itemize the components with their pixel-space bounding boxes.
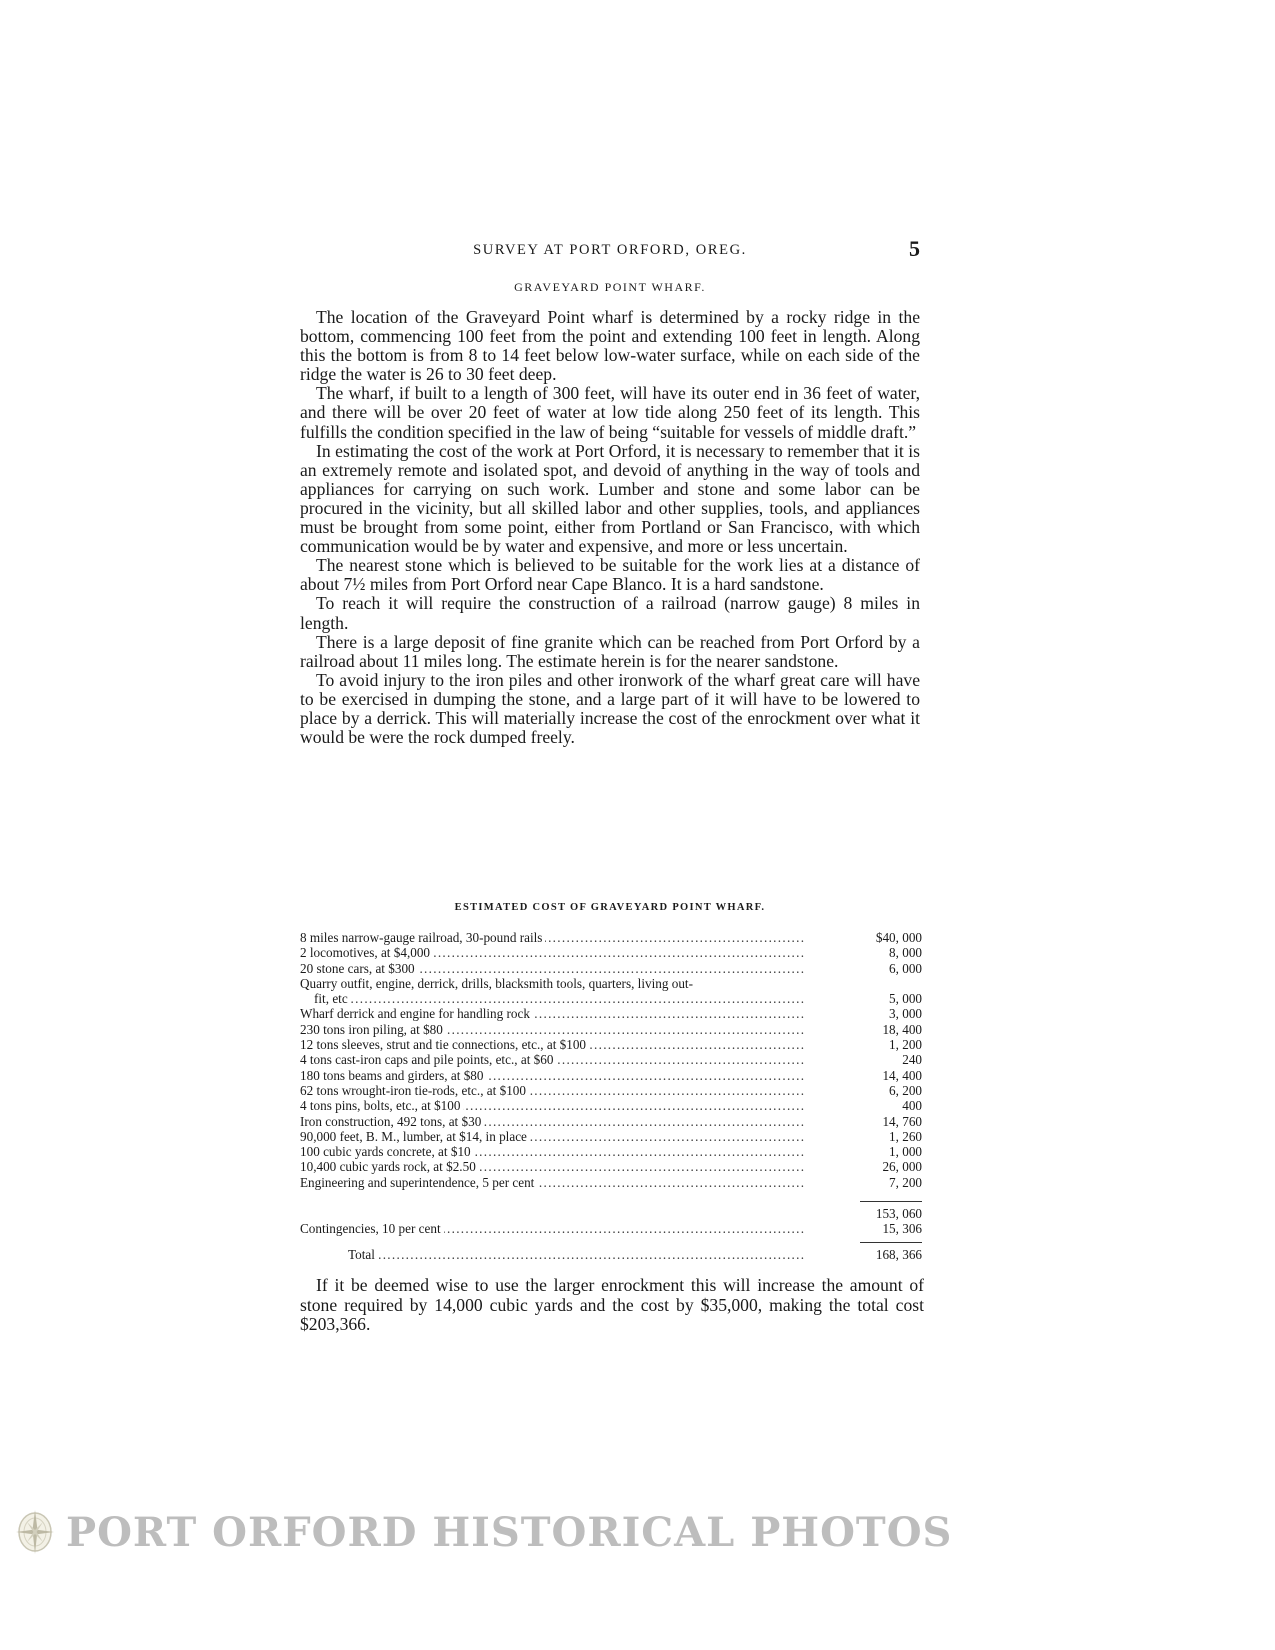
item-amount: $40, 000: [860, 930, 922, 945]
item-label: 8 miles narrow-gauge railroad, 30-pound …: [300, 930, 545, 945]
item-label: Engineering and superintendence, 5 per c…: [300, 1175, 537, 1190]
table-row: 100 cubic yards concrete, at $101, 000: [300, 1144, 922, 1159]
item-amount: 240: [860, 1052, 922, 1067]
body-text: The location of the Graveyard Point whar…: [300, 308, 920, 747]
paragraph: The nearest stone which is believed to b…: [300, 556, 920, 594]
table-row: 10,400 cubic yards rock, at $2.5026, 000: [300, 1159, 922, 1174]
item-amount: 1, 260: [860, 1129, 922, 1144]
table-row: fit, etc5, 000: [300, 991, 922, 1006]
table-row: 8 miles narrow-gauge railroad, 30-pound …: [300, 930, 922, 945]
item-amount: 8, 000: [860, 945, 922, 960]
item-label: 2 locomotives, at $4,000: [300, 945, 433, 960]
subtotal-amount: 153, 060: [860, 1206, 922, 1221]
item-amount: 400: [860, 1098, 922, 1113]
item-label: 230 tons iron piling, at $80: [300, 1022, 446, 1037]
item-label: 10,400 cubic yards rock, at $2.50: [300, 1159, 479, 1174]
cost-table-title: ESTIMATED COST OF GRAVEYARD POINT WHARF.: [300, 902, 920, 913]
item-label: Iron construction, 492 tons, at $30: [300, 1114, 484, 1129]
table-row: 90,000 feet, B. M., lumber, at $14, in p…: [300, 1129, 922, 1144]
compass-rose-icon: [14, 1508, 56, 1556]
item-amount: 1, 000: [860, 1144, 922, 1159]
item-amount: 7, 200: [860, 1175, 922, 1190]
running-head: SURVEY AT PORT ORFORD, OREG. 5: [300, 238, 920, 262]
table-row: 2 locomotives, at $4,0008, 000: [300, 945, 922, 960]
closing-text: If it be deemed wise to use the larger e…: [300, 1276, 924, 1335]
contingencies-label: Contingencies, 10 per cent: [300, 1221, 444, 1236]
total-row: Total 168, 366: [300, 1247, 922, 1262]
subtotal-rule: [300, 1196, 922, 1206]
total-label: Total: [300, 1247, 378, 1262]
item-label: Quarry outfit, engine, derrick, drills, …: [300, 976, 696, 991]
total-rule: [300, 1237, 922, 1247]
paragraph: To reach it will require the constructio…: [300, 594, 920, 632]
item-amount: 14, 400: [860, 1068, 922, 1083]
total-amount: 168, 366: [860, 1247, 922, 1262]
table-row: 4 tons pins, bolts, etc., at $100400: [300, 1098, 922, 1113]
item-label: Wharf derrick and engine for handling ro…: [300, 1006, 533, 1021]
paragraph: To avoid injury to the iron piles and ot…: [300, 671, 920, 747]
item-label: 62 tons wrought-iron tie-rods, etc., at …: [300, 1083, 529, 1098]
subtotal-row: 153, 060: [300, 1206, 922, 1221]
item-label: 4 tons pins, bolts, etc., at $100: [300, 1098, 463, 1113]
item-amount: 5, 000: [860, 991, 922, 1006]
table-row: 20 stone cars, at $3006, 000: [300, 961, 922, 976]
paragraph: The location of the Graveyard Point whar…: [300, 308, 920, 384]
item-label: 180 tons beams and girders, at $80: [300, 1068, 487, 1083]
item-label: fit, etc: [300, 991, 351, 1006]
item-label: 4 tons cast-iron caps and pile points, e…: [300, 1052, 556, 1067]
table-row: Engineering and superintendence, 5 per c…: [300, 1175, 922, 1190]
page-number: 5: [909, 236, 920, 262]
item-amount: 6, 000: [860, 961, 922, 976]
item-amount: 18, 400: [860, 1022, 922, 1037]
contingencies-amount: 15, 306: [860, 1221, 922, 1236]
item-amount: 1, 200: [860, 1037, 922, 1052]
paragraph: The wharf, if built to a length of 300 f…: [300, 384, 920, 441]
item-amount: 14, 760: [860, 1114, 922, 1129]
paragraph: In estimating the cost of the work at Po…: [300, 442, 920, 557]
item-label: 90,000 feet, B. M., lumber, at $14, in p…: [300, 1129, 530, 1144]
section-title: GRAVEYARD POINT WHARF.: [300, 280, 920, 295]
item-amount: 26, 000: [860, 1159, 922, 1174]
table-row: Quarry outfit, engine, derrick, drills, …: [300, 976, 922, 991]
item-amount: 3, 000: [860, 1006, 922, 1021]
paragraph: There is a large deposit of fine granite…: [300, 633, 920, 671]
table-row: 230 tons iron piling, at $8018, 400: [300, 1022, 922, 1037]
table-row: Wharf derrick and engine for handling ro…: [300, 1006, 922, 1021]
table-row: 62 tons wrought-iron tie-rods, etc., at …: [300, 1083, 922, 1098]
table-row: 12 tons sleeves, strut and tie connectio…: [300, 1037, 922, 1052]
table-row: 4 tons cast-iron caps and pile points, e…: [300, 1052, 922, 1067]
running-title: SURVEY AT PORT ORFORD, OREG.: [300, 242, 920, 259]
item-label: 20 stone cars, at $300: [300, 961, 418, 976]
document-page: SURVEY AT PORT ORFORD, OREG. 5 GRAVEYARD…: [0, 0, 1275, 1650]
closing-paragraph: If it be deemed wise to use the larger e…: [300, 1276, 924, 1335]
cost-table: 8 miles narrow-gauge railroad, 30-pound …: [300, 930, 922, 1262]
watermark: PORT ORFORD HISTORICAL PHOTOS: [14, 1508, 952, 1556]
item-amount: 6, 200: [860, 1083, 922, 1098]
contingencies-row: Contingencies, 10 per cent 15, 306: [300, 1221, 922, 1236]
watermark-text: PORT ORFORD HISTORICAL PHOTOS: [66, 1509, 952, 1556]
item-label: 100 cubic yards concrete, at $10: [300, 1144, 474, 1159]
table-row: 180 tons beams and girders, at $8014, 40…: [300, 1068, 922, 1083]
item-label: 12 tons sleeves, strut and tie connectio…: [300, 1037, 589, 1052]
table-row: Iron construction, 492 tons, at $3014, 7…: [300, 1114, 922, 1129]
